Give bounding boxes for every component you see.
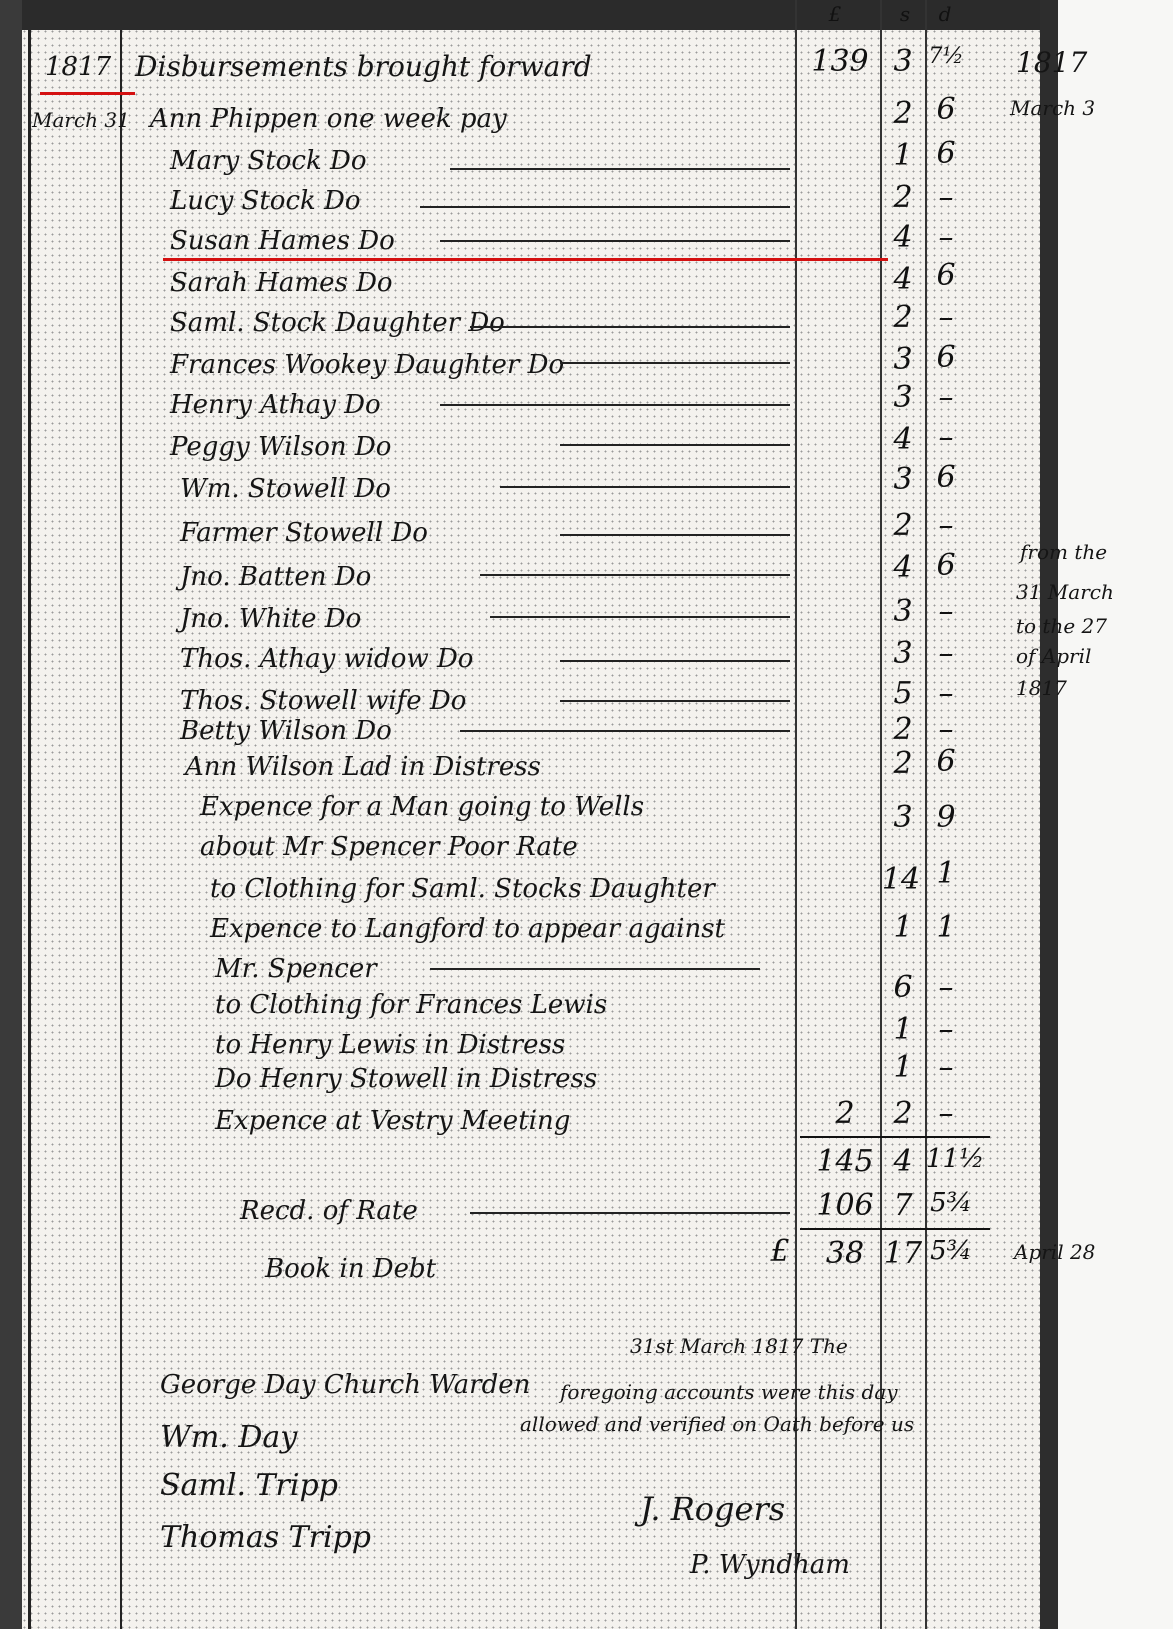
entry-shillings: 4 — [883, 262, 923, 297]
entry-pence: – — [926, 508, 966, 543]
entry-text: Expence to Langford to appear against — [210, 914, 725, 944]
leader-line — [470, 1212, 790, 1214]
entry-pence: – — [926, 1096, 966, 1131]
entry-shillings: 3 — [883, 380, 923, 415]
entry-shillings: 1 — [883, 1012, 923, 1047]
facing-date-bottom: April 28 — [1014, 1240, 1095, 1264]
entry-pence: 6 — [926, 340, 966, 375]
leader-line — [500, 486, 790, 488]
leader-line — [440, 240, 790, 242]
entry-pence: – — [926, 1050, 966, 1085]
balance-pounds: 38 — [805, 1236, 885, 1271]
heading-year: 1817 — [45, 52, 111, 82]
leader-line — [480, 574, 790, 576]
leader-line — [490, 616, 790, 618]
balance-shillings: 17 — [883, 1236, 923, 1271]
balance-label: Book in Debt — [265, 1254, 436, 1284]
shillings-header: s — [890, 2, 920, 26]
signature: Thomas Tripp — [160, 1520, 371, 1555]
entry-shillings: 4 — [883, 422, 923, 457]
balance-rule — [800, 1228, 990, 1230]
leader-line — [560, 362, 790, 364]
entry-pence: – — [926, 180, 966, 215]
entry-pence: – — [926, 380, 966, 415]
attestation-line: foregoing accounts were this day — [560, 1380, 898, 1404]
facing-note-line: of April — [1016, 644, 1091, 668]
facing-note-line: 31 March — [1016, 580, 1114, 604]
total-pence: 11½ — [926, 1144, 976, 1174]
pounds-header: £ — [815, 2, 855, 26]
signature-churchwarden: George Day Church Warden — [160, 1370, 530, 1400]
entry-shillings: 3 — [883, 636, 923, 671]
received-pounds: 106 — [805, 1188, 885, 1223]
entry-text: Farmer Stowell Do — [180, 518, 428, 548]
entry-pence: – — [926, 220, 966, 255]
entry-text: to Clothing for Frances Lewis — [215, 990, 607, 1020]
entry-pence: – — [926, 636, 966, 671]
leader-line — [450, 168, 790, 170]
entry-text: Betty Wilson Do — [180, 716, 392, 746]
facing-note-line: 1817 — [1016, 676, 1067, 700]
entry-shillings: 5 — [883, 676, 923, 711]
heading-title: Disbursements brought forward — [135, 50, 592, 83]
entry-text: Jno. White Do — [180, 604, 361, 634]
entry-text: Frances Wookey Daughter Do — [170, 350, 564, 380]
entry-shillings: 2 — [883, 96, 923, 131]
entry-text: Sarah Hames Do — [170, 268, 393, 298]
balance-currency: £ — [760, 1234, 800, 1269]
entry-pence: 6 — [926, 548, 966, 583]
received-label: Recd. of Rate — [240, 1196, 418, 1226]
received-pence: 5¾ — [926, 1188, 976, 1218]
entry-text: Do Henry Stowell in Distress — [215, 1064, 597, 1094]
facing-note-line: from the — [1020, 540, 1107, 564]
signature: Wm. Day — [160, 1420, 297, 1455]
entry-text: to Clothing for Saml. Stocks Daughter — [210, 874, 715, 904]
entry-shillings: 3 — [883, 800, 923, 835]
entry-text: Thos. Athay widow Do — [180, 644, 473, 674]
entry-text: Peggy Wilson Do — [170, 432, 391, 462]
book-spine — [1040, 0, 1058, 1629]
total-shillings: 4 — [883, 1144, 923, 1179]
facing-year: 1817 — [1016, 46, 1087, 79]
heading-pence: 7½ — [926, 44, 966, 69]
leader-line — [560, 444, 790, 446]
leader-line — [420, 206, 790, 208]
red-underline-entry — [163, 258, 888, 261]
entry-shillings: 6 — [883, 970, 923, 1005]
entry-pence: – — [926, 970, 966, 1005]
entry-text: Expence at Vestry Meeting — [215, 1106, 570, 1136]
entry-text: Ann Wilson Lad in Distress — [185, 752, 541, 782]
entry-shillings: 2 — [883, 508, 923, 543]
entry-shillings: 14 — [876, 862, 926, 897]
entry-text: Jno. Batten Do — [180, 562, 371, 592]
attestation-line: 31st March 1817 The — [630, 1334, 848, 1358]
entry-text: to Henry Lewis in Distress — [215, 1030, 565, 1060]
leader-line — [460, 730, 790, 732]
entry-text-continued: Mr. Spencer — [215, 954, 377, 984]
entry-pence: 6 — [926, 136, 966, 171]
red-underline-year — [40, 92, 135, 95]
signature-justice: J. Rogers — [640, 1490, 785, 1528]
total-pounds: 145 — [805, 1144, 885, 1179]
ledger-page: £ s d 1817 Disbursements brought forward… — [0, 0, 1173, 1629]
entry-text: Ann Phippen one week pay — [150, 104, 507, 134]
entry-pence: – — [926, 300, 966, 335]
entry-shillings: 1 — [883, 138, 923, 173]
leader-line — [560, 700, 790, 702]
heading-pounds: 139 — [800, 44, 880, 79]
total-rule — [800, 1136, 990, 1138]
entry-text: Mary Stock Do — [170, 146, 367, 176]
entry-text: Lucy Stock Do — [170, 186, 361, 216]
entry-text-continued: about Mr Spencer Poor Rate — [200, 832, 578, 862]
facing-page — [1058, 0, 1173, 1629]
leader-line — [560, 660, 790, 662]
pence-header: d — [930, 2, 960, 26]
entry-pence: 9 — [926, 800, 966, 835]
leader-line — [440, 404, 790, 406]
entry-pence: 6 — [926, 258, 966, 293]
leader-line — [430, 968, 760, 970]
entry-shillings: 1 — [883, 910, 923, 945]
entry-shillings: 2 — [883, 1096, 923, 1131]
scan-border-left — [0, 0, 22, 1629]
entry-pence: – — [926, 712, 966, 747]
entry-shillings: 2 — [883, 746, 923, 781]
heading-shillings: 3 — [883, 44, 923, 79]
received-shillings: 7 — [883, 1188, 923, 1223]
entry-pence: – — [926, 420, 966, 455]
balance-pence: 5¾ — [926, 1236, 976, 1266]
entry-pence: 1 — [926, 856, 966, 891]
entry-pounds: 2 — [815, 1096, 875, 1131]
entry-pence: – — [926, 594, 966, 629]
signature-justice: P. Wyndham — [690, 1550, 850, 1580]
attestation-line: allowed and verified on Oath before us — [520, 1412, 914, 1436]
facing-note-line: to the 27 — [1016, 614, 1107, 638]
entry-pence: 6 — [926, 460, 966, 495]
entry-pence: – — [926, 676, 966, 711]
leader-line — [470, 326, 790, 328]
entry-text: Expence for a Man going to Wells — [200, 792, 644, 822]
entry-text: Thos. Stowell wife Do — [180, 686, 466, 716]
signature: Saml. Tripp — [160, 1468, 338, 1503]
entry-date: March 31 — [32, 108, 130, 132]
date-margin-rule — [120, 30, 122, 1629]
entry-shillings: 3 — [883, 462, 923, 497]
entry-pence: 6 — [926, 92, 966, 127]
entry-text: Saml. Stock Daughter Do — [170, 308, 505, 338]
entry-shillings: 3 — [883, 342, 923, 377]
entry-text: Wm. Stowell Do — [180, 474, 391, 504]
entry-shillings: 2 — [883, 712, 923, 747]
facing-date: March 3 — [1010, 96, 1095, 120]
entry-pence: 1 — [926, 910, 966, 945]
entry-shillings: 2 — [883, 300, 923, 335]
entry-pence: – — [926, 1012, 966, 1047]
entry-shillings: 2 — [883, 180, 923, 215]
leader-line — [560, 534, 790, 536]
page-rule-outer — [28, 30, 31, 1629]
entry-pence: 6 — [926, 744, 966, 779]
entry-shillings: 3 — [883, 594, 923, 629]
entry-shillings: 4 — [883, 550, 923, 585]
entry-shillings: 1 — [883, 1050, 923, 1085]
entry-text: Henry Athay Do — [170, 390, 381, 420]
entry-shillings: 4 — [883, 220, 923, 255]
entry-text: Susan Hames Do — [170, 226, 395, 256]
